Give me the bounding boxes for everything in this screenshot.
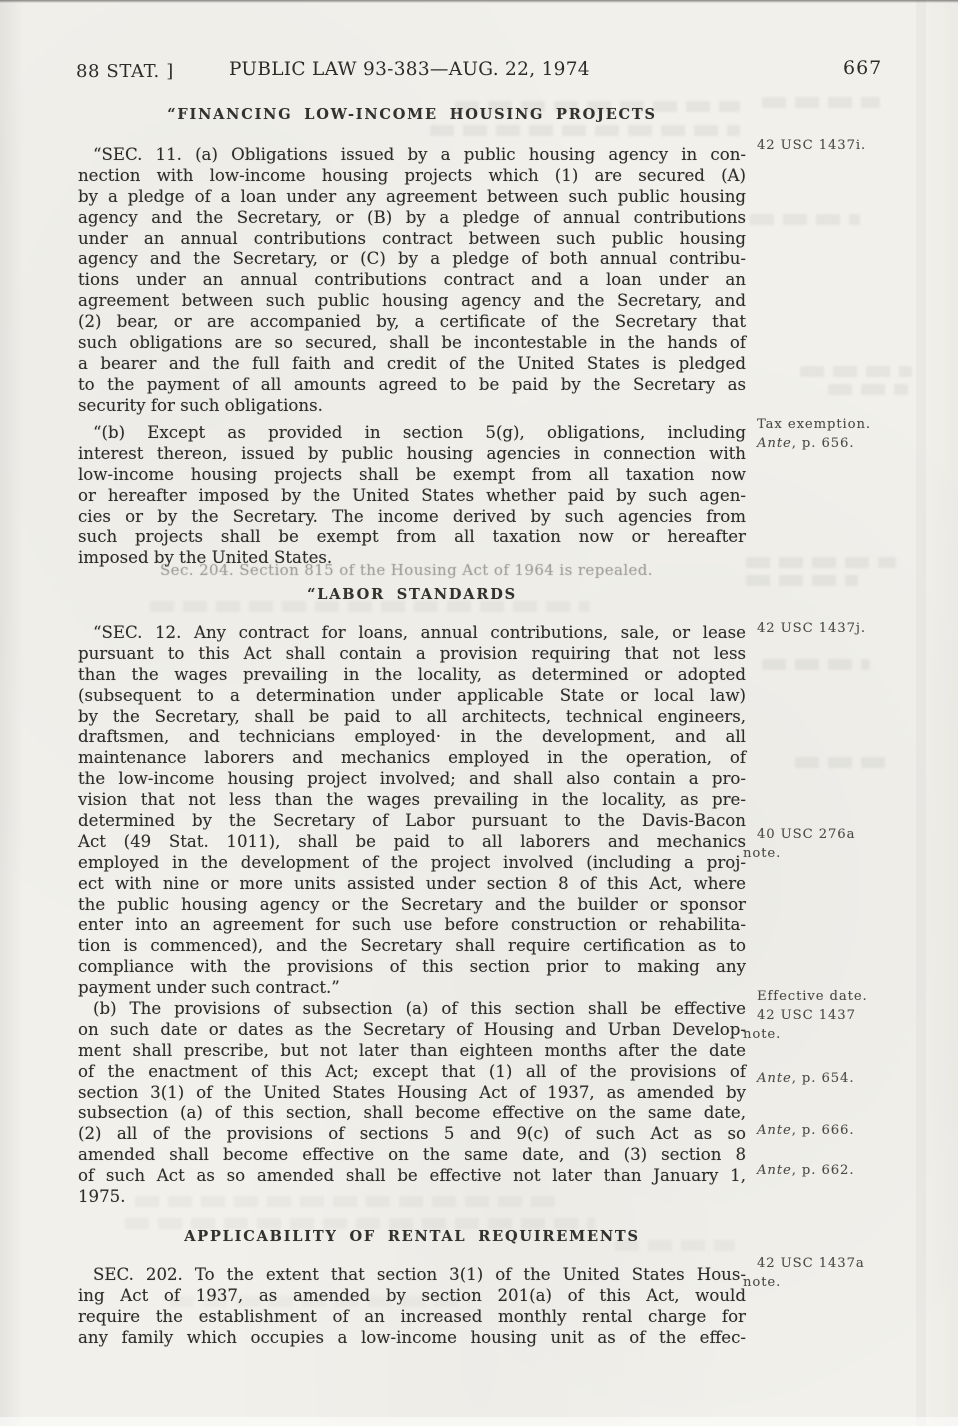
text-line: require the establishment of an increase… xyxy=(78,1307,746,1328)
text-line: Act (49 Stat. 1011), shall be paid to al… xyxy=(78,832,746,853)
text-line: determined by the Secretary of Labor pur… xyxy=(78,811,746,832)
margin-note-line: Ante, p. 654. xyxy=(743,1070,948,1089)
margin-column: 42 USC 1437i.Tax exemption.Ante, p. 656.… xyxy=(743,0,948,1426)
text-line: or hereafter imposed by the United State… xyxy=(78,486,746,507)
margin-note: 42 USC 1437anote. xyxy=(743,1255,948,1293)
text-line: ment shall prescribe, but not later than… xyxy=(78,1041,746,1062)
text-line: section 3(1) of the United States Housin… xyxy=(78,1083,746,1104)
margin-note-line: Ante, p. 656. xyxy=(743,435,948,454)
section-heading: “FINANCING LOW-INCOME HOUSING PROJECTS xyxy=(78,106,746,123)
bleedthrough-text: Sec. 204. Section 815 of the Housing Act… xyxy=(78,561,828,579)
text-line: amended shall become effective on the sa… xyxy=(78,1145,746,1166)
margin-note: 42 USC 1437j. xyxy=(743,620,948,639)
text-line: the public housing agency or the Secreta… xyxy=(78,895,746,916)
body-paragraph: (b) The provisions of subsection (a) of … xyxy=(78,999,746,1208)
text-line: of such Act as so amended shall be effec… xyxy=(78,1166,746,1187)
body-paragraph: “(b) Except as provided in section 5(g),… xyxy=(78,423,746,569)
text-line: compliance with the provisions of this s… xyxy=(78,957,746,978)
text-line: on such date or dates as the Secretary o… xyxy=(78,1020,746,1041)
margin-note: Ante, p. 666. xyxy=(743,1122,948,1141)
body-paragraph: SEC. 202. To the extent that section 3(1… xyxy=(78,1265,746,1349)
text-line: (2) bear, or are accompanied by, a certi… xyxy=(78,312,746,333)
margin-note: Ante, p. 662. xyxy=(743,1162,948,1181)
section-heading: APPLICABILITY OF RENTAL REQUIREMENTS xyxy=(78,1228,746,1245)
margin-note: Effective date.42 USC 1437note. xyxy=(743,988,948,1044)
text-line: agency and the Secretary, or (C) by a pl… xyxy=(78,249,746,270)
text-line: SEC. 202. To the extent that section 3(1… xyxy=(78,1265,746,1286)
text-line: (subsequent to a determination under app… xyxy=(78,686,746,707)
text-line: tion is commenced), and the Secretary sh… xyxy=(78,936,746,957)
body-paragraph: “SEC. 11. (a) Obligations issued by a pu… xyxy=(78,145,746,417)
margin-note: Ante, p. 654. xyxy=(743,1070,948,1089)
text-line: under an annual contributions contract b… xyxy=(78,229,746,250)
margin-note-line: Ante, p. 662. xyxy=(743,1162,948,1181)
text-line: cies or by the Secretary. The income der… xyxy=(78,507,746,528)
text-line: maintenance laborers and mechanics emplo… xyxy=(78,748,746,769)
text-line: any family which occupies a low-income h… xyxy=(78,1328,746,1349)
text-line: employed in the development of the proje… xyxy=(78,853,746,874)
text-line: security for such obligations. xyxy=(78,396,746,417)
text-line: nection with low-income housing projects… xyxy=(78,166,746,187)
margin-note-line: 42 USC 1437j. xyxy=(743,620,948,639)
text-line: such obligations are so secured, shall b… xyxy=(78,333,746,354)
body-column: “FINANCING LOW-INCOME HOUSING PROJECTS“S… xyxy=(78,0,746,1426)
text-line: (b) The provisions of subsection (a) of … xyxy=(78,999,746,1020)
margin-note: 42 USC 1437i. xyxy=(743,137,948,156)
text-line: by a pledge of a loan under any agreemen… xyxy=(78,187,746,208)
margin-note-line: 42 USC 1437a xyxy=(743,1255,948,1274)
margin-note: 40 USC 276anote. xyxy=(743,826,948,864)
margin-note-line: 42 USC 1437 xyxy=(743,1007,948,1026)
text-line: such projects shall be exempt from all t… xyxy=(78,527,746,548)
section-heading: “LABOR STANDARDS xyxy=(78,586,746,603)
margin-note-line: note. xyxy=(743,1026,948,1045)
text-line: tions under an annual contributions cont… xyxy=(78,270,746,291)
margin-note-line: Ante, p. 666. xyxy=(743,1122,948,1141)
text-line: “SEC. 11. (a) Obligations issued by a pu… xyxy=(78,145,746,166)
text-line: enter into an agreement for such use bef… xyxy=(78,915,746,936)
text-line: agency and the Secretary, or (B) by a pl… xyxy=(78,208,746,229)
text-line: draftsmen, and technicians employed· in … xyxy=(78,727,746,748)
text-line: a bearer and the full faith and credit o… xyxy=(78,354,746,375)
text-line: (2) all of the provisions of sections 5 … xyxy=(78,1124,746,1145)
text-line: interest thereon, issued by public housi… xyxy=(78,444,746,465)
text-line: agreement between such public housing ag… xyxy=(78,291,746,312)
scanned-statute-page: { "header": { "stat_label": "88 STAT. ]"… xyxy=(0,0,958,1426)
text-line: ect with nine or more units assisted und… xyxy=(78,874,746,895)
text-line: the low-income housing project involved;… xyxy=(78,769,746,790)
text-line: low-income housing projects shall be exe… xyxy=(78,465,746,486)
text-line: “(b) Except as provided in section 5(g),… xyxy=(78,423,746,444)
text-line: 1975. xyxy=(78,1187,746,1208)
text-line: payment under such contract.” xyxy=(78,978,746,999)
margin-note-line: 40 USC 276a xyxy=(743,826,948,845)
text-line: than the wages prevailing in the localit… xyxy=(78,665,746,686)
margin-note-line: note. xyxy=(743,1274,948,1293)
text-line: of the enactment of this Act; except tha… xyxy=(78,1062,746,1083)
text-line: subsection (a) of this section, shall be… xyxy=(78,1103,746,1124)
margin-note-line: Effective date. xyxy=(743,988,948,1007)
text-line: pursuant to this Act shall contain a pro… xyxy=(78,644,746,665)
margin-note-line: note. xyxy=(743,845,948,864)
text-line: vision that not less than the wages prev… xyxy=(78,790,746,811)
body-paragraph: “SEC. 12. Any contract for loans, annual… xyxy=(78,623,746,999)
text-line: to the payment of all amounts agreed to … xyxy=(78,375,746,396)
margin-note: Tax exemption.Ante, p. 656. xyxy=(743,416,948,454)
margin-note-line: Tax exemption. xyxy=(743,416,948,435)
text-line: “SEC. 12. Any contract for loans, annual… xyxy=(78,623,746,644)
text-line: by the Secretary, shall be paid to all a… xyxy=(78,707,746,728)
text-line: ing Act of 1937, as amended by section 2… xyxy=(78,1286,746,1307)
margin-note-line: 42 USC 1437i. xyxy=(743,137,948,156)
